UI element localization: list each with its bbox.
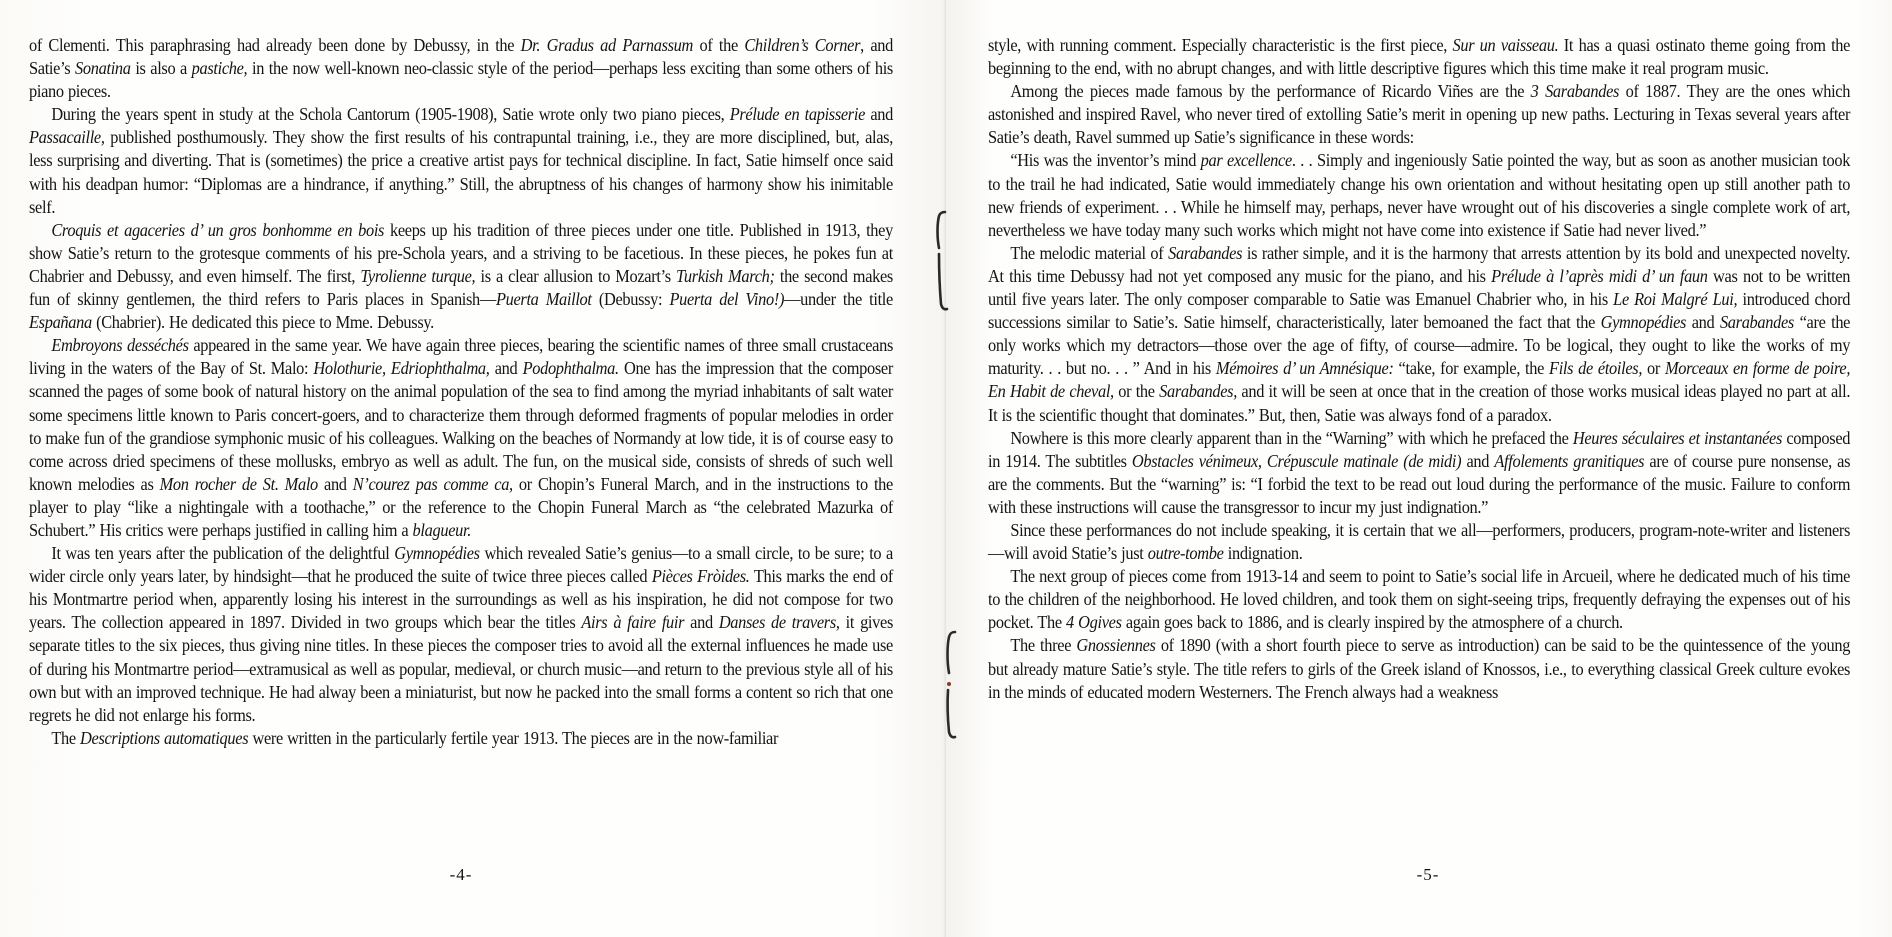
paragraph: Since these performances do not include … — [988, 519, 1850, 565]
italic-title-run: pastiche, — [192, 58, 248, 78]
text-run: Since these performances do not include … — [988, 520, 1850, 563]
italic-title-run: Passacaille, — [29, 127, 105, 147]
italic-title-run: Fils de étoiles, — [1549, 358, 1642, 378]
text-run: style, with running comment. Especially … — [988, 35, 1452, 55]
text-run: The melodic material of — [1010, 243, 1168, 263]
italic-title-run: Embroyons desséchés — [51, 335, 188, 355]
paragraph: Nowhere is this more clearly apparent th… — [988, 427, 1850, 519]
paragraph: The next group of pieces come from 1913-… — [988, 565, 1850, 634]
text-run: published posthumously. They show the fi… — [29, 127, 893, 216]
italic-title-run: blagueur. — [413, 520, 471, 540]
text-run: Among the pieces made famous by the perf… — [1010, 81, 1530, 101]
paragraph: The melodic material of Sarabandes is ra… — [988, 242, 1850, 427]
italic-title-run: Danses de travers, — [719, 612, 840, 632]
text-run: and — [1461, 451, 1494, 471]
text-run: and — [1686, 312, 1720, 332]
italic-title-run: Dr. Gradus ad Parnassum — [521, 35, 693, 55]
italic-title-run: Turkish March; — [676, 266, 775, 286]
italic-title-run: par excellence — [1201, 150, 1292, 170]
italic-title-run: Holothurie, Edriophthalma, — [313, 358, 489, 378]
italic-title-run: Sarabandes, — [1159, 381, 1237, 401]
left-page: of Clementi. This paraphrasing had alrea… — [0, 0, 946, 937]
text-run: or the — [1114, 381, 1159, 401]
italic-title-run: Heures séculaires et instantanées — [1573, 428, 1782, 448]
italic-title-run: Gnossiennes — [1076, 635, 1155, 655]
text-run: The — [51, 728, 80, 748]
italic-title-run: outre-tombe — [1148, 543, 1224, 563]
italic-title-run: Affolements granitiques — [1494, 451, 1644, 471]
text-run: is a clear allusion to Mozart’s — [475, 266, 676, 286]
italic-title-run: Sonatina — [75, 58, 131, 78]
paragraph: The three Gnossiennes of 1890 (with a sh… — [988, 634, 1850, 703]
italic-title-run: Podophthalma. — [523, 358, 619, 378]
italic-title-run: Descriptions automatiques — [80, 728, 248, 748]
paragraph: of Clementi. This paraphrasing had alrea… — [29, 34, 893, 103]
paragraph: It was ten years after the publication o… — [29, 542, 893, 727]
italic-title-run: Sarabandes — [1720, 312, 1794, 332]
paragraph: “His was the inventor’s mind par excelle… — [988, 149, 1850, 241]
pencil-bracket-top-icon — [943, 630, 957, 675]
text-run: During the years spent in study at the S… — [51, 104, 729, 124]
italic-title-run: Tyrolienne turque, — [360, 266, 475, 286]
italic-title-run: Sarabandes — [1168, 243, 1242, 263]
paragraph: Croquis et agaceries d’ un gros bonhomme… — [29, 219, 893, 334]
paragraph: During the years spent in study at the S… — [29, 103, 893, 218]
italic-title-run: Gymnopédies — [1601, 312, 1686, 332]
paragraph: Embroyons desséchés appeared in the same… — [29, 334, 893, 542]
italic-title-run: Le Roi Malgré Lui, — [1613, 289, 1737, 309]
pencil-bracket-top-icon — [933, 210, 947, 250]
text-run: is also a — [131, 58, 192, 78]
italic-title-run: Prélude à l’après midi d’ un faun — [1491, 266, 1707, 286]
paragraph: The Descriptions automatiques were writt… — [29, 727, 893, 750]
text-run: “take, for example, the — [1394, 358, 1549, 378]
text-run: and — [490, 358, 523, 378]
text-run: Nowhere is this more clearly apparent th… — [1010, 428, 1573, 448]
paragraph: style, with running comment. Especially … — [988, 34, 1850, 80]
text-run: again goes back to 1886, and is clearly … — [1122, 612, 1623, 632]
italic-title-run: Sur un vaisseau. — [1452, 35, 1558, 55]
pencil-bracket-bottom-icon — [943, 680, 957, 740]
text-run: and — [318, 474, 353, 494]
italic-title-run: Puerta Maillot — [496, 289, 592, 309]
text-run: were written in the particularly fertile… — [248, 728, 778, 748]
text-run: and — [865, 104, 893, 124]
text-run: indignation. — [1224, 543, 1303, 563]
italic-title-run: Puerta del Vino!) — [669, 289, 784, 309]
text-run: “His was the inventor’s mind — [1010, 150, 1200, 170]
right-page: style, with running comment. Especially … — [946, 0, 1892, 937]
italic-title-run: Children’s Corner — [744, 35, 860, 55]
text-run: It was ten years after the publication o… — [51, 543, 394, 563]
text-run: of the — [693, 35, 744, 55]
paragraph: Among the pieces made famous by the perf… — [988, 80, 1850, 149]
italic-title-run: Pièces Fròides. — [652, 566, 750, 586]
italic-title-run: Croquis et agaceries d’ un gros bonhomme… — [51, 220, 384, 240]
text-run: of Clementi. This paraphrasing had alrea… — [29, 35, 521, 55]
right-page-body: style, with running comment. Especially … — [988, 34, 1850, 704]
text-run: or — [1642, 358, 1665, 378]
booklet-spread: of Clementi. This paraphrasing had alrea… — [0, 0, 1892, 937]
italic-title-run: Mémoires d’ un Amnésique: — [1216, 358, 1394, 378]
text-run: (Debussy: — [592, 289, 670, 309]
italic-title-run: Españana — [29, 312, 92, 332]
text-run: (Chabrier). He dedicated this piece to M… — [92, 312, 434, 332]
pencil-bracket-bottom-icon — [935, 252, 949, 312]
italic-title-run: N’courez pas comme ca, — [353, 474, 513, 494]
text-run: The three — [1010, 635, 1076, 655]
italic-title-run: 4 Ogives — [1066, 612, 1122, 632]
italic-title-run: Prélude en tapisserie — [730, 104, 865, 124]
left-page-body: of Clementi. This paraphrasing had alrea… — [29, 34, 893, 750]
italic-title-run: Mon rocher de St. Malo — [160, 474, 318, 494]
page-number-right: -5- — [1398, 865, 1458, 885]
italic-title-run: Obstacles vénimeux, Crépuscule matinale … — [1132, 451, 1461, 471]
text-run: —under the title — [784, 289, 893, 309]
italic-title-run: 3 Sarabandes — [1531, 81, 1619, 101]
page-number-left: -4- — [431, 865, 491, 885]
text-run: and — [684, 612, 719, 632]
italic-title-run: Airs à faire fuir — [581, 612, 684, 632]
italic-title-run: Gymnopédies — [394, 543, 479, 563]
